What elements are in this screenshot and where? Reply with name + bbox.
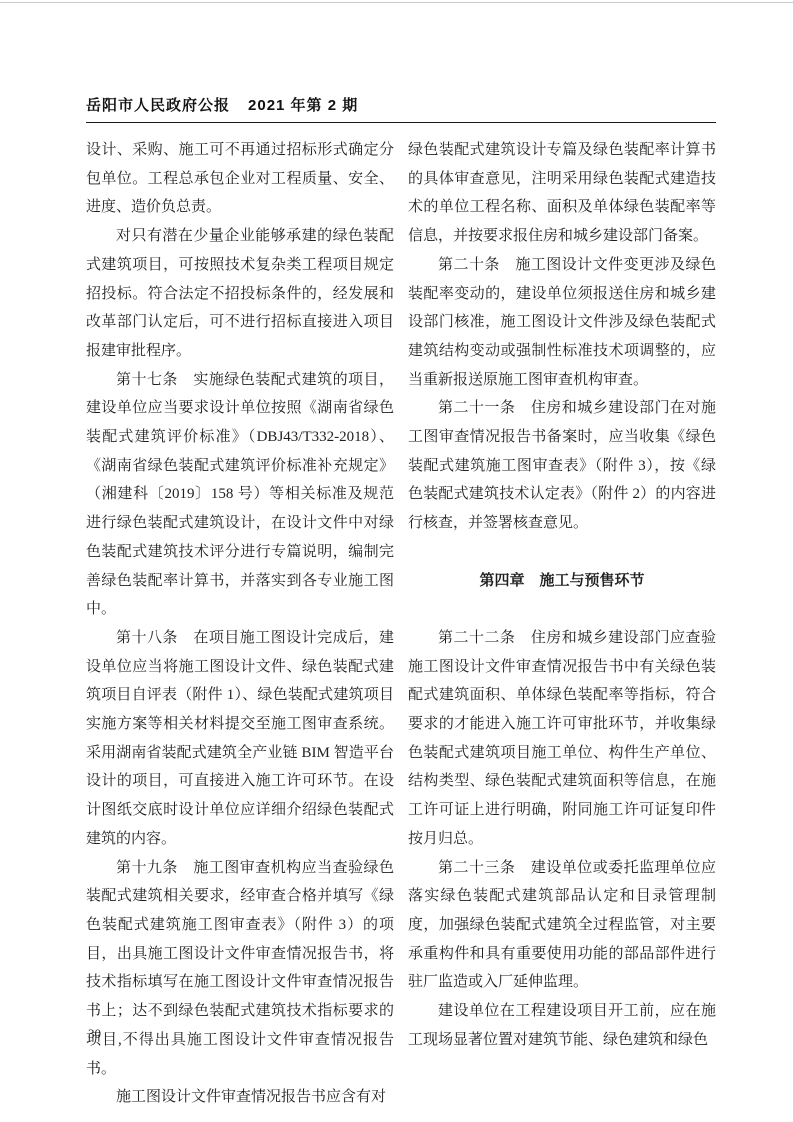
two-column-body: 设计、采购、施工可不再通过招标形式确定分包单位。工程总承包企业对工程质量、安全、… <box>86 136 716 1112</box>
gazette-title: 岳阳市人民政府公报 <box>86 97 230 114</box>
paragraph: 建设单位在工程建设项目开工前，应在施工现场显著位置对建筑节能、绿色建筑和绿色 <box>408 997 716 1054</box>
paragraph-article-18: 第十八条 在项目施工图设计完成后，建设单位应当将施工图设计文件、绿色装配式建筑项… <box>86 624 394 854</box>
paragraph: 绿色装配式建筑设计专篇及绿色装配率计算书的具体审查意见，注明采用绿色装配式建造技… <box>408 136 716 251</box>
paragraph-article-21: 第二十一条 住房和城乡建设部门在对施工图审查情况报告书备案时，应当收集《绿色装配… <box>408 394 716 538</box>
page-content: 岳阳市人民政府公报2021 年第 2 期 设计、采购、施工可不再通过招标形式确定… <box>86 0 716 1112</box>
paragraph-article-23: 第二十三条 建设单位或委托监理单位应落实绿色装配式建筑部品认定和目录管理制度，加… <box>408 854 716 998</box>
paragraph-article-20: 第二十条 施工图设计文件变更涉及绿色装配率变动的，建设单位须报送住房和城乡建设部… <box>408 251 716 395</box>
page-header: 岳阳市人民政府公报2021 年第 2 期 <box>86 94 716 123</box>
paragraph-article-22: 第二十二条 住房和城乡建设部门应查验施工图设计文件审查情况报告书中有关绿色装配式… <box>408 624 716 854</box>
paragraph: 施工图设计文件审查情况报告书应含有对 <box>86 1083 394 1112</box>
gazette-page: { "header": { "title": "岳阳市人民政府公报", "iss… <box>0 0 793 1122</box>
right-column: 绿色装配式建筑设计专篇及绿色装配率计算书的具体审查意见，注明采用绿色装配式建造技… <box>408 136 716 1112</box>
paragraph: 设计、采购、施工可不再通过招标形式确定分包单位。工程总承包企业对工程质量、安全、… <box>86 136 394 222</box>
left-column: 设计、采购、施工可不再通过招标形式确定分包单位。工程总承包企业对工程质量、安全、… <box>86 136 394 1112</box>
paragraph: 对只有潜在少量企业能够承建的绿色装配式建筑项目，可按照技术复杂类工程项目规定招投… <box>86 222 394 366</box>
chapter-4-heading: 第四章 施工与预售环节 <box>408 567 716 596</box>
paragraph-article-17: 第十七条 实施绿色装配式建筑的项目，建设单位应当要求设计单位按照《湖南省绿色装配… <box>86 366 394 624</box>
gazette-issue: 2021 年第 2 期 <box>248 97 358 114</box>
page-number: 30 <box>88 1026 101 1042</box>
paragraph-article-19: 第十九条 施工图审查机构应当查验绿色装配式建筑相关要求，经审查合格并填写《绿色装… <box>86 854 394 1084</box>
